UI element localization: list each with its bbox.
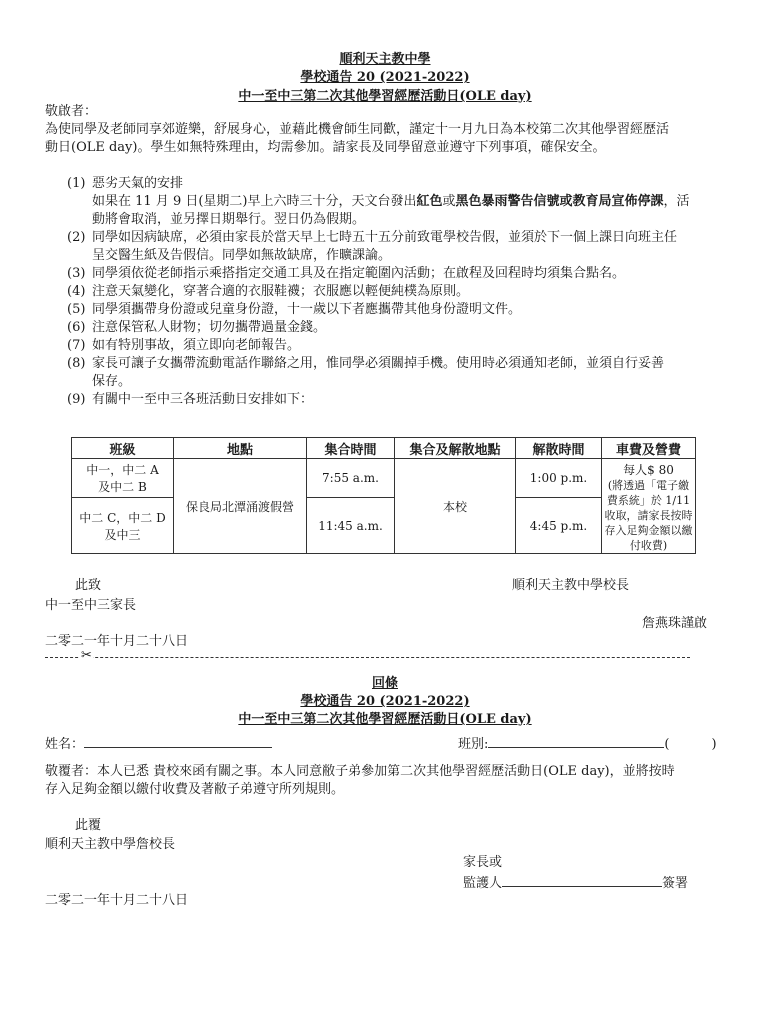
item-8-text: 家長可讓子女攜帶流動電話作聯絡之用，惟同學必須關掉手機。使用時必須通知老師，並須… bbox=[92, 355, 664, 373]
reply-notice-title: 中一至中三第二次其他學習經歷活動日(OLE day) bbox=[0, 708, 770, 727]
schedule-table: 班級 地點 集合時間 集合及解散地點 解散時間 車費及營費 中一，中二 A 及中… bbox=[71, 437, 696, 554]
reply-date: 二零二一年十月二十八日 bbox=[45, 892, 188, 910]
item-1-detail-pre: 如果在 11 月 9 日(星期二)早上六時三十分，天文台發出 bbox=[92, 194, 417, 209]
location-cell: 保良局北潭涌渡假營 bbox=[174, 459, 307, 554]
item-5-number: (5) bbox=[67, 301, 85, 319]
parent-label-2: 監護人 bbox=[463, 876, 502, 891]
name-field-row: 姓名： bbox=[45, 735, 272, 754]
assembly-point-cell: 本校 bbox=[395, 459, 516, 554]
item-2-cont: 呈交醫生紙及告假信。同學如無故缺席，作曠課論。 bbox=[92, 247, 391, 265]
signature-blank[interactable] bbox=[502, 874, 662, 887]
class-line: 及中二 B bbox=[74, 478, 171, 495]
item-7-number: (7) bbox=[67, 337, 85, 355]
table-row: 中一，中二 A 及中二 B 保良局北潭涌渡假營 7:55 a.m. 本校 1:0… bbox=[72, 459, 696, 498]
item-1-detail-cont: 動將會取消，並另擇日期舉行。翌日仍為假期。 bbox=[92, 211, 365, 229]
class-line: 中二 C，中二 D bbox=[74, 509, 171, 526]
class-line: 及中三 bbox=[74, 526, 171, 543]
item-6-number: (6) bbox=[67, 319, 85, 337]
red-signal-text: 紅色 bbox=[417, 194, 443, 209]
class-line: 中一，中二 A bbox=[74, 461, 171, 478]
item-7-text: 如有特別事故，須立即向老師報告。 bbox=[92, 337, 300, 355]
item-9-number: (9) bbox=[67, 391, 85, 409]
reply-regards: 此覆 bbox=[75, 817, 101, 835]
item-1-detail: 如果在 11 月 9 日(星期二)早上六時三十分，天文台發出紅色或黑色暴雨警告信… bbox=[92, 193, 690, 211]
assemble-time-cell: 11:45 a.m. bbox=[307, 498, 395, 554]
black-signal-text: 黑色暴雨警告信號或教育局宣佈停課 bbox=[456, 194, 664, 209]
table-header-row: 班級 地點 集合時間 集合及解散地點 解散時間 車費及營費 bbox=[72, 438, 696, 459]
header-fee: 車費及營費 bbox=[602, 438, 696, 459]
sign-label: 簽署 bbox=[662, 876, 688, 891]
paren-close: ) bbox=[711, 737, 716, 752]
class-label: 班別: bbox=[458, 737, 488, 752]
fee-amount: 每人$ 80 bbox=[604, 461, 693, 478]
class-field-row: 班別:() bbox=[458, 735, 717, 754]
header-assemble-time: 集合時間 bbox=[307, 438, 395, 459]
class-cell: 中二 C，中二 D 及中三 bbox=[72, 498, 174, 554]
dismiss-time-cell: 4:45 p.m. bbox=[516, 498, 602, 554]
fee-note: (將透過「電子繳費系統」於 1/11 收取，請家長按時存入足夠金額以繳付收費) bbox=[604, 478, 693, 553]
reply-body-line-1: 敬覆者：本人已悉 貴校來函有關之事。本人同意敝子弟參加第二次其他學習經歷活動日(… bbox=[45, 763, 675, 781]
item-2-number: (2) bbox=[67, 229, 85, 247]
name-label: 姓名： bbox=[45, 737, 84, 752]
item-1-detail-post: ，活 bbox=[664, 194, 690, 209]
assemble-time-cell: 7:55 a.m. bbox=[307, 459, 395, 498]
school-name: 順利天主教中學 bbox=[0, 48, 770, 67]
sender-title: 順利天主教中學校長 bbox=[512, 577, 629, 595]
intro-line-2: 動日(OLE day)。學生如無特殊理由，均需參加。請家長及同學留意並遵守下列事… bbox=[45, 139, 605, 157]
item-1-number: (1) bbox=[67, 175, 85, 193]
recipient: 中一至中三家長 bbox=[45, 597, 136, 615]
dismiss-time-cell: 1:00 p.m. bbox=[516, 459, 602, 498]
reply-body-line-2: 存入足夠金額以繳付收費及著敝子弟遵守所列規則。 bbox=[45, 781, 344, 799]
header-assembly-point: 集合及解散地點 bbox=[395, 438, 516, 459]
parent-label-1: 家長或 bbox=[463, 854, 502, 872]
item-9-text: 有關中一至中三各班活動日安排如下： bbox=[92, 391, 313, 409]
item-3-number: (3) bbox=[67, 265, 85, 283]
item-2-text: 同學如因病缺席，必須由家長於當天早上七時五十五分前致電學校告假，並須於下一個上課… bbox=[92, 229, 677, 247]
fee-cell: 每人$ 80 (將透過「電子繳費系統」於 1/11 收取，請家長按時存入足夠金額… bbox=[602, 459, 696, 554]
class-cell: 中一，中二 A 及中二 B bbox=[72, 459, 174, 498]
salutation: 敬啟者： bbox=[45, 103, 97, 121]
header-class: 班級 bbox=[72, 438, 174, 459]
item-6-text: 注意保管私人財物；切勿攜帶過量金錢。 bbox=[92, 319, 326, 337]
item-8-cont: 保存。 bbox=[92, 373, 131, 391]
signature-row: 監護人簽署 bbox=[463, 874, 688, 893]
notice-date: 二零二一年十月二十八日 bbox=[45, 633, 188, 651]
reply-notice-number: 學校通告 20 (2021-2022) bbox=[0, 690, 770, 709]
header-location: 地點 bbox=[174, 438, 307, 459]
item-4-text: 注意天氣變化，穿著合適的衣服鞋襪；衣服應以輕便純樸為原則。 bbox=[92, 283, 469, 301]
notice-title: 中一至中三第二次其他學習經歷活動日(OLE day) bbox=[0, 85, 770, 104]
reply-recipient: 順利天主教中學詹校長 bbox=[45, 836, 175, 854]
name-blank[interactable] bbox=[84, 735, 272, 748]
item-1-text: 惡劣天氣的安排 bbox=[92, 175, 183, 193]
paren-open: ( bbox=[664, 737, 669, 752]
item-1-detail-mid: 或 bbox=[443, 194, 456, 209]
class-blank[interactable] bbox=[488, 735, 664, 748]
item-3-text: 同學須依從老師指示乘搭指定交通工具及在指定範圍內活動；在啟程及回程時均須集合點名… bbox=[92, 265, 625, 283]
sender-name: 詹燕珠謹啟 bbox=[642, 615, 707, 633]
notice-number: 學校通告 20 (2021-2022) bbox=[0, 66, 770, 85]
scissors-icon: ✂ bbox=[80, 648, 93, 663]
item-8-number: (8) bbox=[67, 355, 85, 373]
header-dismiss-time: 解散時間 bbox=[516, 438, 602, 459]
item-4-number: (4) bbox=[67, 283, 85, 301]
intro-line-1: 為使同學及老師同享郊遊樂，舒展身心，並藉此機會師生同歡，謹定十一月九日為本校第二… bbox=[45, 121, 669, 139]
item-5-text: 同學須攜帶身份證或兒童身份證，十一歲以下者應攜帶其他身份證明文件。 bbox=[92, 301, 521, 319]
closing-regards: 此致 bbox=[75, 577, 101, 595]
cut-line bbox=[45, 657, 690, 658]
reply-title: 回條 bbox=[0, 672, 770, 691]
